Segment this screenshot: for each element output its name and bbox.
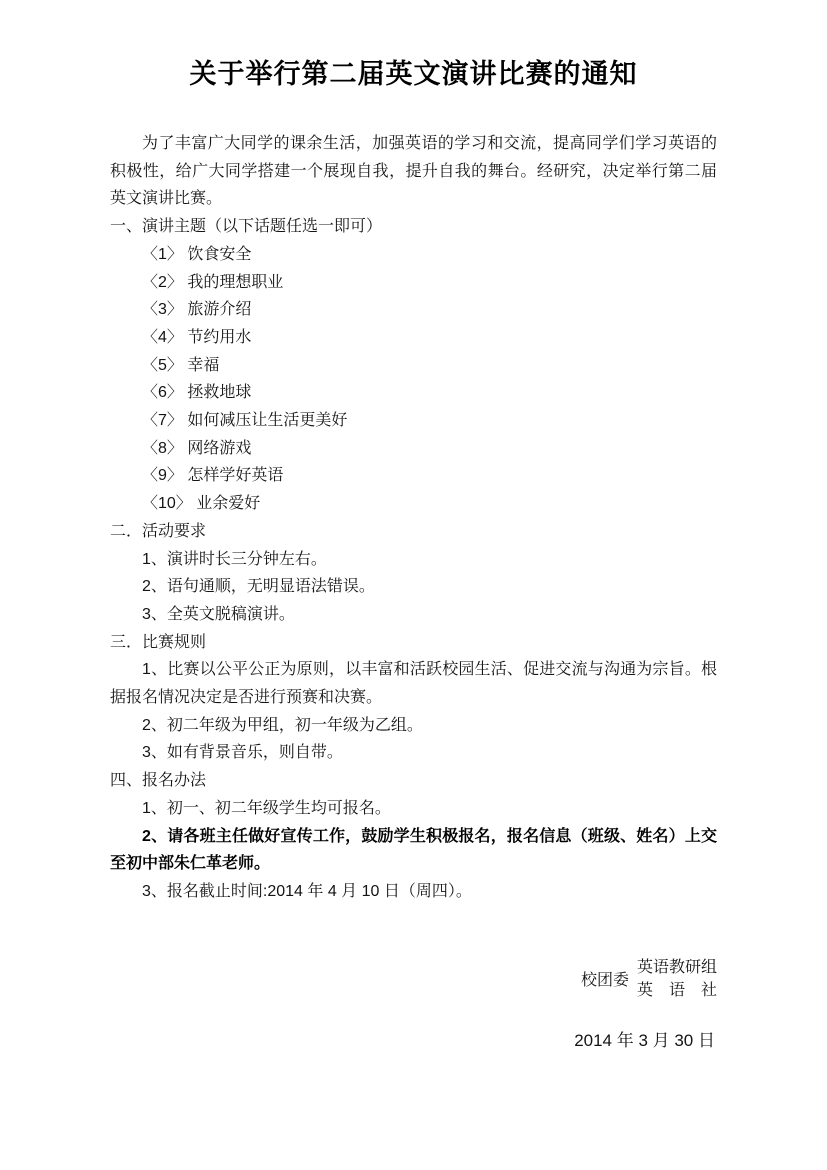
notice-body: 为了丰富广大同学的课余生活，加强英语的学习和交流，提高同学们学习英语的积极性，给…	[110, 130, 717, 906]
section-heading-activity-requirements: 二．活动要求	[110, 518, 717, 546]
rule-item: 2、初二年级为甲组，初一年级为乙组。	[110, 712, 717, 740]
topic-item: 〈4〉 节约用水	[110, 324, 717, 352]
requirement-item: 3、全英文脱稿演讲。	[110, 601, 717, 629]
requirement-item: 1、演讲时长三分钟左右。	[110, 546, 717, 574]
registration-item-emphasized: 2、请各班主任做好宣传工作，鼓励学生积极报名，报名信息（班级、姓名）上交至初中部…	[110, 823, 717, 878]
registration-item: 1、初一、初二年级学生均可报名。	[110, 795, 717, 823]
topic-item: 〈5〉 幸福	[110, 352, 717, 380]
registration-item: 3、报名截止时间:2014 年 4 月 10 日（周四）。	[110, 878, 717, 906]
rule-item: 1、比赛以公平公正为原则，以丰富和活跃校园生活、促进交流与沟通为宗旨。根据报名情…	[110, 656, 717, 711]
rule-item: 3、如有背景音乐，则自带。	[110, 739, 717, 767]
topic-item: 〈3〉 旅游介绍	[110, 296, 717, 324]
topic-item: 〈2〉 我的理想职业	[110, 269, 717, 297]
topic-item: 〈10〉 业余爱好	[110, 490, 717, 518]
topic-item: 〈7〉 如何减压让生活更美好	[110, 407, 717, 435]
section-heading-competition-rules: 三．比赛规则	[110, 629, 717, 657]
signature-organizations: 英语教研组 英 语 社	[637, 956, 717, 1002]
requirement-item: 2、语句通顺，无明显语法错误。	[110, 573, 717, 601]
topic-item: 〈1〉 饮食安全	[110, 241, 717, 269]
topic-item: 〈9〉 怎样学好英语	[110, 462, 717, 490]
intro-paragraph: 为了丰富广大同学的课余生活，加强英语的学习和交流，提高同学们学习英语的积极性，给…	[110, 130, 717, 213]
signature-org-line2: 英 语 社	[637, 979, 717, 1002]
notice-title: 关于举行第二届英文演讲比赛的通知	[110, 56, 717, 92]
signature-committee: 校团委	[581, 967, 629, 990]
section-heading-speech-topics: 一、演讲主题（以下话题任选一即可）	[110, 213, 717, 241]
document-page: 关于举行第二届英文演讲比赛的通知 为了丰富广大同学的课余生活，加强英语的学习和交…	[0, 0, 827, 1170]
notice-date: 2014 年 3 月 30 日	[110, 1026, 717, 1051]
signature-org-line1: 英语教研组	[637, 956, 717, 979]
section-heading-registration-method: 四、报名办法	[110, 767, 717, 795]
topic-item: 〈6〉 拯救地球	[110, 379, 717, 407]
topic-item: 〈8〉 网络游戏	[110, 435, 717, 463]
signature-block: 校团委 英语教研组 英 语 社	[110, 956, 717, 1002]
